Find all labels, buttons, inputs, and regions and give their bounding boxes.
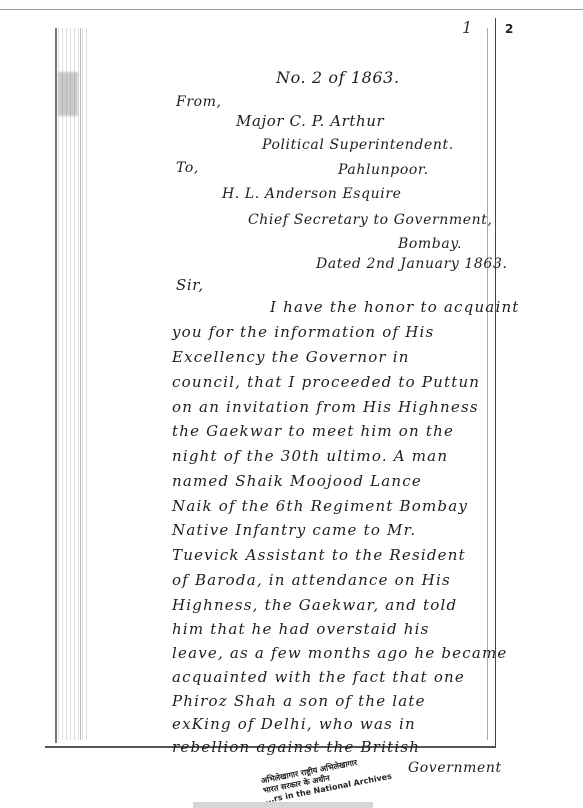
- body-line: leave, as a few months ago he became: [172, 644, 508, 662]
- margin-rule: [80, 28, 81, 740]
- sender-title: Political Superintendent.: [262, 137, 454, 153]
- recipient-title: Chief Secretary to Government,: [248, 212, 493, 228]
- body-line: Phiroz Shah a son of the late: [172, 692, 426, 710]
- from-label: From,: [176, 94, 222, 110]
- binding-stain: [58, 72, 78, 116]
- page-number: 2: [505, 22, 513, 36]
- body-line: you for the information of His: [172, 323, 434, 341]
- recipient-place: Bombay.: [398, 236, 462, 252]
- body-line: exKing of Delhi, who was in: [172, 715, 416, 733]
- salutation: Sir,: [176, 276, 204, 294]
- body-line: named Shaik Moojood Lance: [172, 472, 422, 490]
- binding-margin: [58, 28, 88, 740]
- folio-mark: 1: [462, 18, 472, 37]
- body-line: Excellency the Governor in: [172, 348, 410, 366]
- body-line: night of the 30th ultimo. A man: [172, 447, 448, 465]
- body-line: I have the honor to acquaint: [270, 298, 520, 316]
- to-label: To,: [176, 160, 199, 176]
- body-line: Naik of the 6th Regiment Bombay: [172, 497, 468, 515]
- recipient-name: H. L. Anderson Esquire: [222, 186, 402, 202]
- body-line: him that he had overstaid his: [172, 620, 430, 638]
- sender-name: Major C. P. Arthur: [236, 112, 384, 130]
- archive-stamp: अभिलेखागार राष्ट्रीय अभिलेखागार भारत सरक…: [260, 752, 392, 806]
- catchword: Government: [408, 760, 502, 776]
- scan-top-edge: [0, 9, 583, 10]
- body-line: Highness, the Gaekwar, and told: [172, 596, 457, 614]
- body-line: council, that I proceeded to Puttun: [172, 373, 480, 391]
- body-line: acquainted with the fact that one: [172, 668, 465, 686]
- sender-place: Pahlunpoor.: [338, 162, 429, 178]
- body-line: the Gaekwar to meet him on the: [172, 422, 454, 440]
- body-line: Tuevick Assistant to the Resident: [172, 546, 466, 564]
- body-line: of Baroda, in attendance on His: [172, 571, 451, 589]
- binding-edge-line: [55, 28, 57, 743]
- right-margin-rule: [487, 28, 488, 740]
- date-line: Dated 2nd January 1863.: [316, 256, 508, 272]
- body-line: Native Infantry came to Mr.: [172, 521, 416, 539]
- reference-number: No. 2 of 1863.: [276, 68, 400, 87]
- scan-artifact-bar: [193, 802, 373, 808]
- body-line: on an invitation from His Highness: [172, 398, 479, 416]
